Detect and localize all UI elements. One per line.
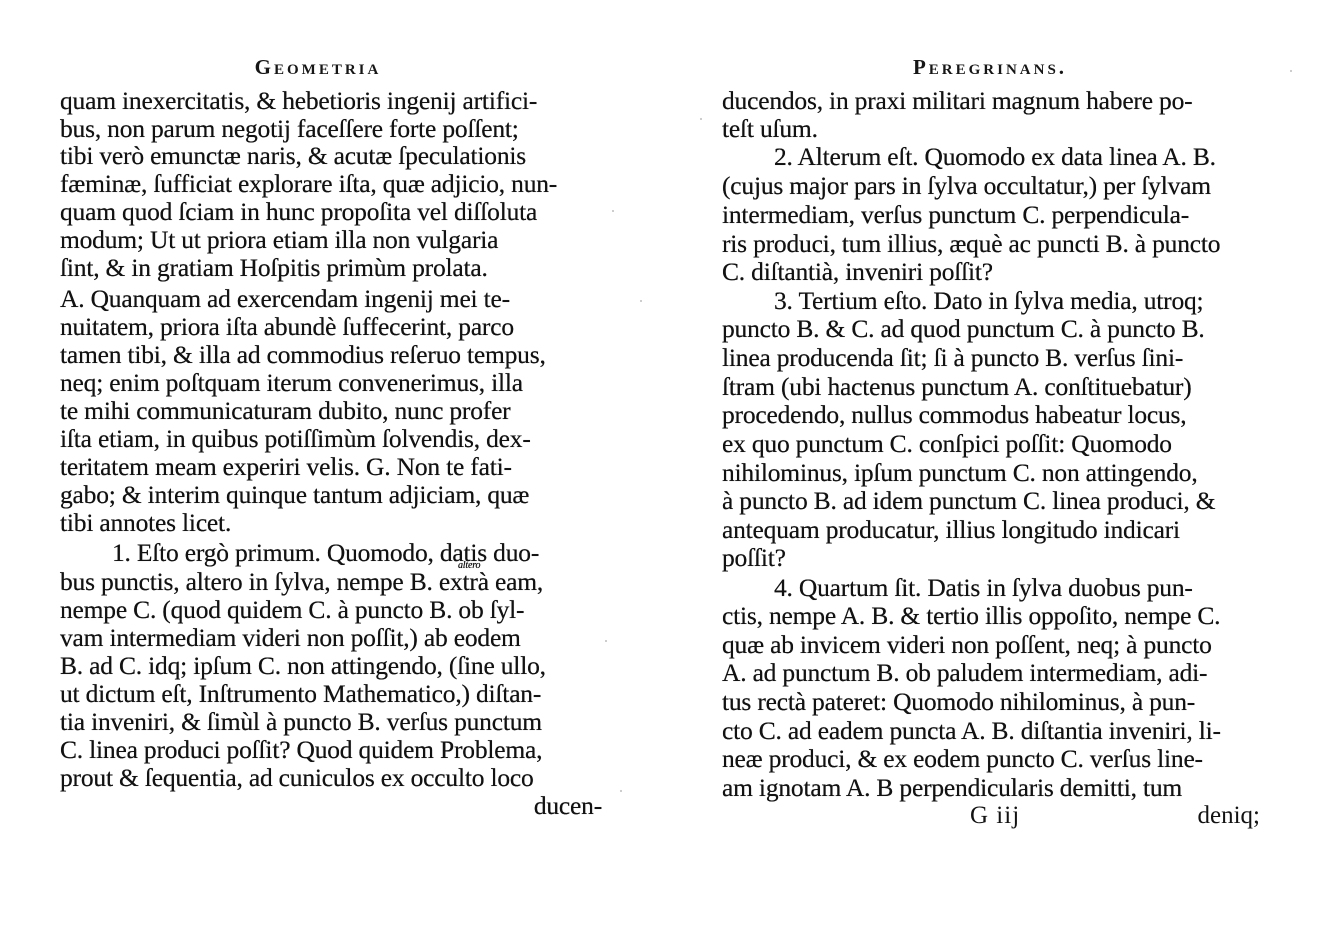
text-line: tia inveniri, & ſimùl à puncto B. verſus… <box>60 707 542 737</box>
text-line: fæminæ, ſufficiat explorare iſta, quæ ad… <box>60 169 557 199</box>
text-line: A. ad punctum B. ob paludem intermediam,… <box>722 658 1207 688</box>
text-line: ris produci, tum illius, æquè ac puncti … <box>722 229 1220 259</box>
text-line: ducendos, in praxi militari magnum haber… <box>722 86 1192 116</box>
text-line: procedendo, nullus commodus habeatur loc… <box>722 400 1186 430</box>
text-line: puncto B. & C. ad quod punctum C. à punc… <box>722 314 1205 344</box>
text-line: neq; enim poſtquam iterum convenerimus, … <box>60 368 523 398</box>
running-head-left: Geometria <box>38 55 598 80</box>
text-line: antequam producatur, illius longitudo in… <box>722 515 1180 545</box>
text-line: prout & ſequentia, ad cuniculos ex occul… <box>60 763 534 793</box>
text-line: cto C. ad eadem puncta A. B. diſtantia i… <box>722 716 1221 746</box>
right-page: Peregrinans. ducendos, in praxi militari… <box>722 0 1282 936</box>
text-line: C. linea produci poſſit? Quod quidem Pro… <box>60 735 542 765</box>
scan-speck <box>605 640 607 642</box>
text-line: modum; Ut ut priora etiam illa non vulga… <box>60 225 498 255</box>
numbered-paragraph-start: 2. Alterum eſt. Quomodo ex data linea A.… <box>774 142 1216 172</box>
text-line: quam quod ſciam in hunc propoſita vel di… <box>60 197 537 227</box>
text-line: am ignotam A. B perpendicularis demitti,… <box>722 773 1182 803</box>
text-line: te mihi communicaturam dubito, nunc prof… <box>60 396 510 426</box>
text-line: (cujus major pars in ſylva occultatur,) … <box>722 171 1211 201</box>
text-line: C. diſtantià, inveniri poſſit? <box>722 257 993 287</box>
text-line: quæ ab invicem videri non poſſent, neq; … <box>722 630 1212 660</box>
text-line: nempe C. (quod quidem C. à puncto B. ob … <box>60 595 524 625</box>
text-line: B. ad C. idq; ipſum C. non attingendo, (… <box>60 651 546 681</box>
text-line: gabo; & interim quinque tantum adjiciam,… <box>60 480 529 510</box>
scan-speck <box>640 300 642 302</box>
text-line: tus rectà pateret: Quomodo nihilominus, … <box>722 687 1195 717</box>
text-line: tibi verò emunctæ naris, & acutæ ſpecula… <box>60 141 526 171</box>
signature-mark: G iij <box>970 802 1020 830</box>
text-line: teritatem meam experiri velis. G. Non te… <box>60 452 512 482</box>
text-line: nuitatem, priora iſta abundè ſuffecerint… <box>60 312 514 342</box>
catchword-right: deniq; <box>1198 802 1261 830</box>
text-line: linea producenda ſit; ſi à puncto B. ver… <box>722 343 1183 373</box>
catchword-left: ducen- <box>534 791 602 821</box>
text-line: à puncto B. ad idem punctum C. linea pro… <box>722 486 1215 516</box>
text-line: ſint, & in gratiam Hoſpitis primùm prola… <box>60 253 488 283</box>
left-page: Geometria quam inexercitatis, & hebetior… <box>60 0 620 936</box>
text-line: ex quo punctum C. conſpici poſſit: Quomo… <box>722 429 1172 459</box>
text-line: nihilominus, ipſum punctum C. non atting… <box>722 458 1198 488</box>
scan-speck <box>700 118 702 120</box>
scan-speck <box>1290 70 1292 72</box>
text-line: poſſit? <box>722 543 786 573</box>
text-line: teſt uſum. <box>722 114 818 144</box>
text-line: tibi annotes licet. <box>60 508 231 538</box>
text-line: ſtram (ubi hactenus punctum A. conſtitue… <box>722 372 1192 402</box>
text-line: vam intermediam videri non poſſit,) ab e… <box>60 623 521 653</box>
text-line: tamen tibi, & illa ad commodius reſeruo … <box>60 340 546 370</box>
text-line: iſta etiam, in quibus potiſſimùm ſolvend… <box>60 424 531 454</box>
numbered-paragraph-start: 3. Tertium eſto. Dato in ſylva media, ut… <box>774 286 1203 316</box>
running-head-right: Peregrinans. <box>710 55 1270 80</box>
text-line: bus, non parum negotij faceſſere forte p… <box>60 114 519 144</box>
text-line: neæ produci, & ex eodem puncto C. verſus… <box>722 744 1203 774</box>
text-line: ut dictum eſt, Inſtrumento Mathematico,)… <box>60 679 541 709</box>
speaker-line: A. Quanquam ad exercendam ingenij mei te… <box>60 284 510 314</box>
scan-speck <box>612 210 614 212</box>
text-line: ctis, nempe A. B. & tertio illis oppoſit… <box>722 601 1220 631</box>
numbered-paragraph-start: 4. Quartum ſit. Datis in ſylva duobus pu… <box>774 573 1193 603</box>
scan-speck <box>620 790 622 792</box>
interlinear-note: altero <box>458 560 480 572</box>
text-line: intermediam, verſus punctum C. perpendic… <box>722 200 1189 230</box>
text-line: quam inexercitatis, & hebetioris ingenij… <box>60 86 537 116</box>
